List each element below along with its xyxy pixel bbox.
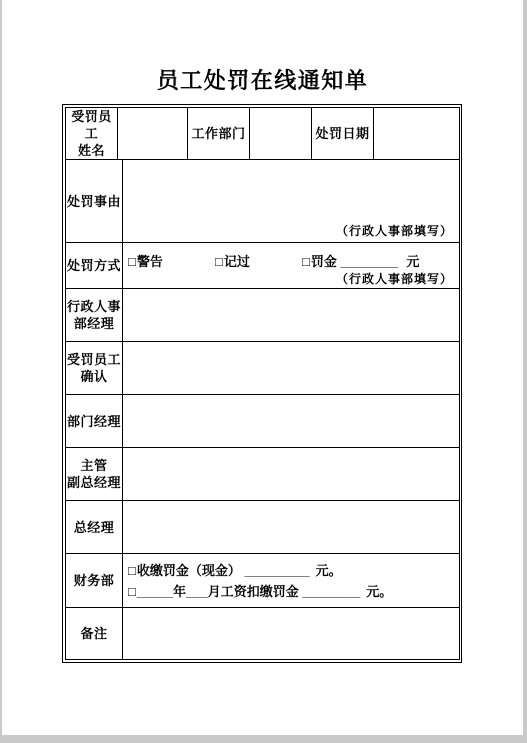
salary-deduct-checkbox-icon[interactable]: □ [128,584,136,599]
signature-row-gm: 总经理 [66,501,460,554]
hr-manager-signature-cell[interactable] [123,289,460,342]
work-department-input-cell[interactable] [250,108,312,160]
work-department-label: 工作部门 [188,108,250,160]
salary-deduct-text: 工资扣缴罚金 [221,584,299,599]
warning-checkbox-icon[interactable]: □ [128,254,136,269]
finance-cash-option[interactable]: □收缴罚金（现金） _________元。 [123,560,459,581]
method-row: 处罚方式 □警告 □记过 □罚金 ________元 （行政人事部填写） [66,243,460,289]
dept-manager-label: 部门经理 [66,395,123,448]
salary-year-blank[interactable]: _____ [137,584,173,599]
signature-row-employee-confirm: 受罚员工 确认 [66,342,460,395]
header-row: 受罚员工 姓名 工作部门 处罚日期 [66,108,460,160]
reason-row: 处罚事由 （行政人事部填写） [66,160,460,243]
method-option-demerit[interactable]: □记过 [215,251,302,270]
cash-fine-checkbox-icon[interactable]: □ [128,563,136,578]
gm-label: 总经理 [66,501,123,554]
demerit-checkbox-icon[interactable]: □ [215,254,223,269]
punishment-form-table: 受罚员工 姓名 工作部门 处罚日期 处罚事由 （行政人事部填写） 处罚方式 [65,107,460,660]
document-page: 员工处罚在线通知单 受罚员工 姓名 工作部门 处罚日期 [2,0,523,735]
reason-label: 处罚事由 [66,160,123,243]
gm-signature-cell[interactable] [123,501,460,554]
deputy-gm-label: 主管 副总经理 [66,448,123,501]
signature-row-dept-manager: 部门经理 [66,395,460,448]
employee-confirm-label: 受罚员工 确认 [66,342,123,395]
salary-year-label: 年 [173,584,186,599]
employee-name-label: 受罚员工 姓名 [66,108,118,160]
remark-row: 备注 [66,608,460,660]
method-option-warning[interactable]: □警告 [128,251,215,270]
deputy-gm-signature-cell[interactable] [123,448,460,501]
hr-fill-note: （行政人事部填写） [123,270,459,287]
warning-option-label: 警告 [137,254,163,269]
remark-label: 备注 [66,608,123,660]
salary-month-blank[interactable]: ___ [186,584,208,599]
signature-row-deputy-gm: 主管 副总经理 [66,448,460,501]
signature-row-hr-manager: 行政人事 部经理 [66,289,460,342]
form-table-frame: 受罚员工 姓名 工作部门 处罚日期 处罚事由 （行政人事部填写） 处罚方式 [62,104,462,663]
remark-input-cell[interactable] [123,608,460,660]
finance-label: 财务部 [66,554,123,608]
finance-row: 财务部 □收缴罚金（现金） _________元。 □_____年___月工资扣… [66,554,460,608]
cash-fine-text: 收缴罚金（现金） [137,563,241,578]
employee-confirm-signature-cell[interactable] [123,342,460,395]
hr-manager-label: 行政人事 部经理 [66,289,123,342]
finance-options-cell: □收缴罚金（现金） _________元。 □_____年___月工资扣缴罚金 … [123,554,460,608]
method-options-cell: □警告 □记过 □罚金 ________元 （行政人事部填写） [123,243,460,289]
fine-unit-label: 元 [406,254,419,269]
demerit-option-label: 记过 [224,254,250,269]
hr-fill-note: （行政人事部填写） [336,222,453,239]
dept-manager-signature-cell[interactable] [123,395,460,448]
reason-input-cell[interactable]: （行政人事部填写） [123,160,460,243]
finance-salary-option[interactable]: □_____年___月工资扣缴罚金 ________元。 [123,581,459,602]
salary-deduct-suffix: 元。 [366,584,392,599]
method-label: 处罚方式 [66,243,123,289]
cash-fine-suffix: 元。 [316,563,342,578]
fine-checkbox-icon[interactable]: □ [302,254,310,269]
method-option-fine[interactable]: □罚金 ________元 [302,251,419,270]
fine-option-label: 罚金 [311,254,337,269]
fine-amount-blank[interactable]: ________ [341,254,399,269]
salary-month-label: 月 [208,584,221,599]
page-title: 员工处罚在线通知单 [2,64,523,95]
cash-fine-amount-blank[interactable]: _________ [245,563,310,578]
punishment-date-input-cell[interactable] [374,108,460,160]
salary-deduct-amount-blank[interactable]: ________ [302,584,360,599]
employee-name-input-cell[interactable] [118,108,188,160]
punishment-date-label: 处罚日期 [312,108,374,160]
method-options-line: □警告 □记过 □罚金 ________元 [123,244,459,270]
